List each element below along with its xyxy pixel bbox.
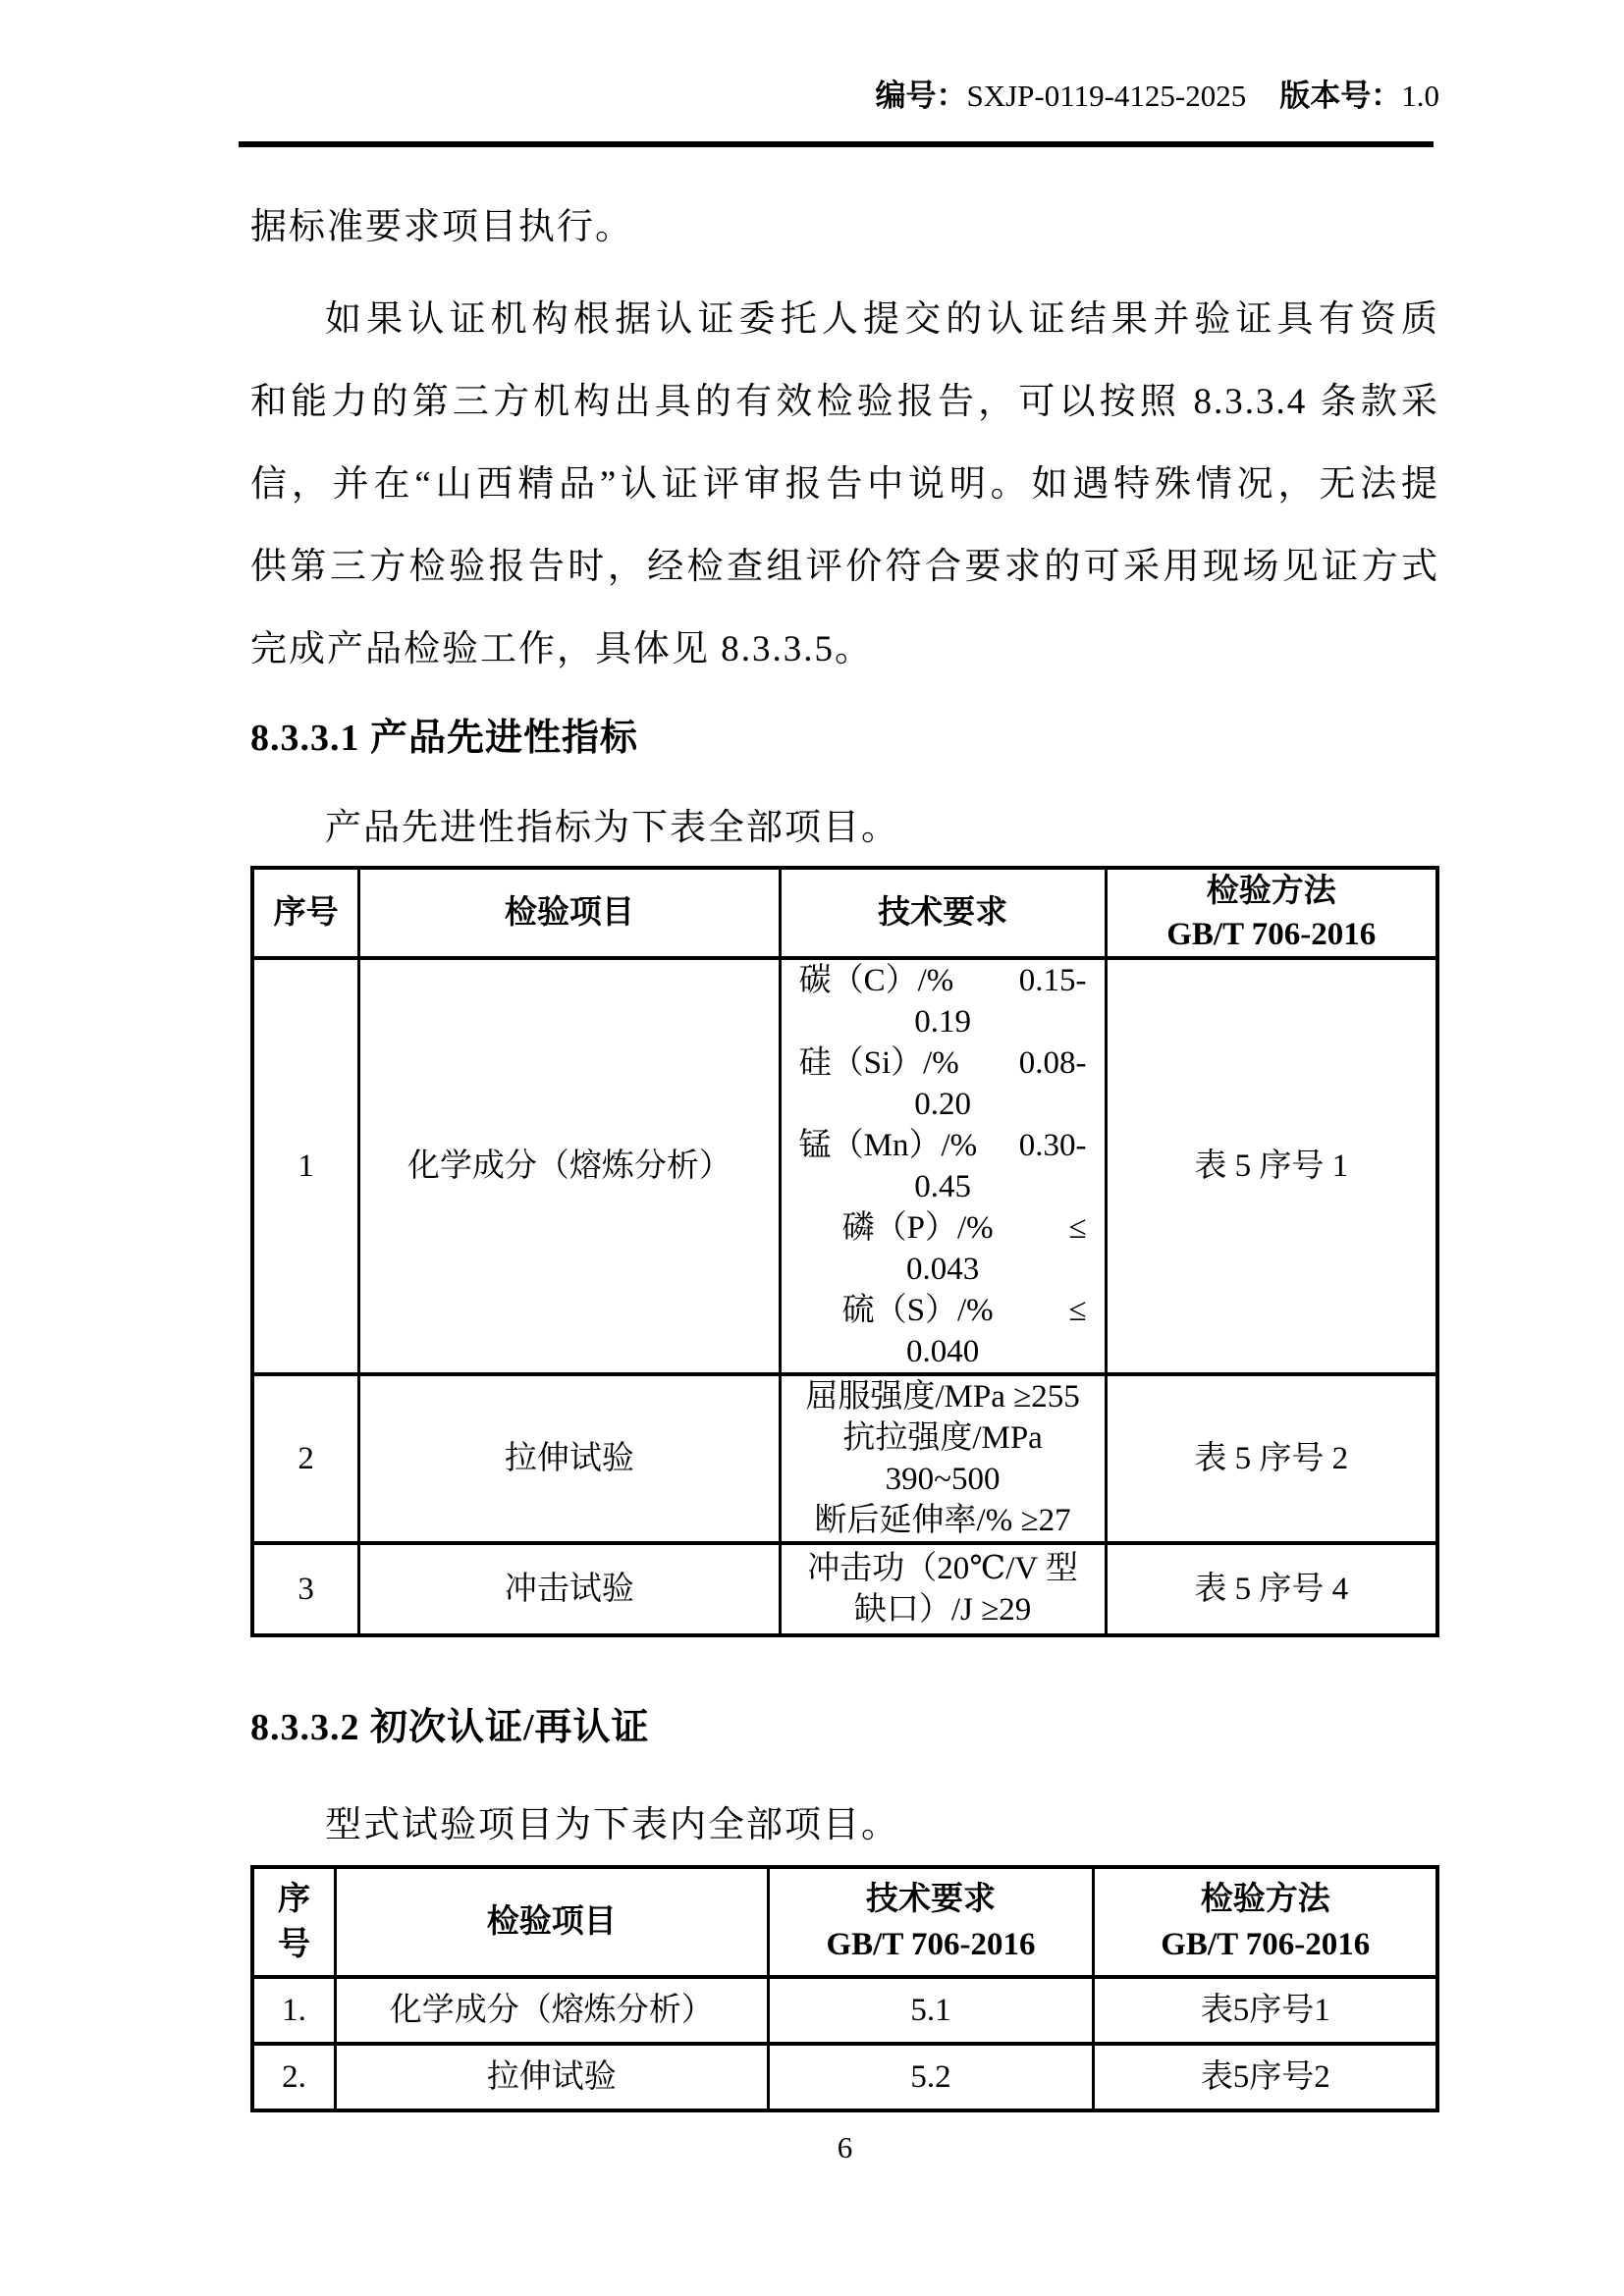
requirement-line: 0.45 — [791, 1166, 1095, 1207]
t2-header-requirement: 技术要求 GB/T 706-2016 — [768, 1867, 1094, 1977]
cell-item: 冲击试验 — [359, 1543, 780, 1635]
paragraph-line: 据标准要求项目执行。 — [250, 187, 1439, 269]
column-header-line: 检验方法 — [1095, 1877, 1435, 1922]
cell-method: 表 5 序号 4 — [1106, 1543, 1437, 1635]
paragraph-line: 信，并在“山西精品”认证评审报告中说明。如遇特殊情况，无法提 — [250, 444, 1439, 526]
column-header-line: 号 — [254, 1922, 334, 1967]
requirement-line: 0.19 — [791, 1001, 1095, 1042]
t2-header-no: 序 号 — [252, 1867, 335, 1977]
cell-no: 3 — [252, 1543, 359, 1635]
column-header-line: 检验方法 — [1108, 870, 1435, 913]
requirement-line: 抗拉强度/MPa — [791, 1417, 1095, 1459]
table-row: 1. 化学成分（熔炼分析） 5.1 表5序号1 — [252, 1977, 1437, 2044]
requirement-line: 390~500 — [791, 1459, 1095, 1500]
doc-version-value: 1.0 — [1401, 79, 1439, 113]
column-header-line: 技术要求 — [782, 891, 1105, 934]
cell-requirement: 冲击功（20℃/V 型 缺口）/J ≥29 — [780, 1543, 1106, 1635]
table-row: 3 冲击试验 冲击功（20℃/V 型 缺口）/J ≥29 表 5 序号 4 — [252, 1543, 1437, 1635]
t2-header-item: 检验项目 — [335, 1867, 768, 1977]
requirement-line: 磷（P）/%≤ — [791, 1207, 1095, 1249]
requirement-line: 缺口）/J ≥29 — [782, 1589, 1105, 1630]
section2-intro: 型式试验项目为下表内全部项目。 — [250, 1804, 1439, 1847]
table-row: 2 拉伸试验 屈服强度/MPa ≥255 抗拉强度/MPa 390~500 断后… — [252, 1374, 1437, 1543]
cell-requirement: 5.2 — [768, 2044, 1094, 2110]
header-rule — [239, 141, 1434, 147]
cell-no: 1. — [252, 1977, 335, 2044]
column-header-line: GB/T 706-2016 — [770, 1922, 1093, 1967]
column-header-line: GB/T 706-2016 — [1095, 1922, 1435, 1967]
cell-item: 拉伸试验 — [359, 1374, 780, 1543]
t1-header-item: 检验项目 — [359, 868, 780, 958]
cell-requirement: 碳（C）/%0.15- 0.19 硅（Si）/%0.08- 0.20 锰（Mn）… — [780, 958, 1106, 1374]
doc-number-label: 编号： — [875, 79, 966, 113]
column-header-line: 检验项目 — [360, 891, 778, 934]
cell-method: 表5序号1 — [1094, 1977, 1437, 2044]
section1-intro: 产品先进性指标为下表全部项目。 — [250, 807, 1439, 850]
paragraph-line: 完成产品检验工作，具体见 8.3.3.5。 — [250, 609, 1439, 691]
requirement-line: 0.043 — [791, 1249, 1095, 1290]
t1-header-requirement: 技术要求 — [780, 868, 1106, 958]
paragraph-continuation: 据标准要求项目执行。 — [250, 187, 1439, 269]
doc-version-label: 版本号： — [1279, 79, 1401, 113]
t1-header-method: 检验方法 GB/T 706-2016 — [1106, 868, 1437, 958]
doc-number-value: SXJP-0119-4125-2025 — [966, 79, 1246, 113]
document-header: 编号：SXJP-0119-4125-2025版本号：1.0 — [250, 77, 1439, 116]
table-row: 1 化学成分（熔炼分析） 碳（C）/%0.15- 0.19 硅（Si）/%0.0… — [252, 958, 1437, 1374]
cell-method: 表5序号2 — [1094, 2044, 1437, 2110]
cell-no: 2. — [252, 2044, 335, 2110]
column-header-line: 序号 — [254, 891, 357, 934]
t1-header-no: 序号 — [252, 868, 359, 958]
section-heading-8332: 8.3.3.2 初次认证/再认证 — [250, 1698, 1439, 1757]
section-heading-8331: 8.3.3.1 产品先进性指标 — [250, 709, 1439, 768]
requirement-line: 断后延伸率/% ≥27 — [791, 1500, 1095, 1541]
type-test-table: 序 号 检验项目 技术要求 GB/T 706-2016 检验方法 GB/T 70… — [250, 1865, 1439, 2112]
cell-no: 1 — [252, 958, 359, 1374]
page-number: 6 — [250, 2128, 1439, 2167]
cell-method: 表 5 序号 2 — [1106, 1374, 1437, 1543]
paragraph-line: 如果认证机构根据认证委托人提交的认证结果并验证具有资质 — [250, 279, 1439, 361]
cell-item: 化学成分（熔炼分析） — [359, 958, 780, 1374]
cell-item: 拉伸试验 — [335, 2044, 768, 2110]
t2-header-method: 检验方法 GB/T 706-2016 — [1094, 1867, 1437, 1977]
column-header-line: 序 — [254, 1877, 334, 1922]
advancement-indicators-table: 序号 检验项目 技术要求 检验方法 GB/T 706-2016 1 化学成分（熔… — [250, 866, 1439, 1637]
document-page: 编号：SXJP-0119-4125-2025版本号：1.0 据标准要求项目执行。… — [0, 0, 1624, 2296]
paragraph-line: 和能力的第三方机构出具的有效检验报告，可以按照 8.3.3.4 条款采 — [250, 361, 1439, 444]
cell-item: 化学成分（熔炼分析） — [335, 1977, 768, 2044]
paragraph-line: 供第三方检验报告时，经检查组评价符合要求的可采用现场见证方式 — [250, 526, 1439, 609]
cell-no: 2 — [252, 1374, 359, 1543]
requirement-line: 屈服强度/MPa ≥255 — [791, 1376, 1095, 1417]
requirement-line: 0.040 — [791, 1331, 1095, 1372]
requirement-line: 0.20 — [791, 1084, 1095, 1125]
table-header-row: 序 号 检验项目 技术要求 GB/T 706-2016 检验方法 GB/T 70… — [252, 1867, 1437, 1977]
cell-method: 表 5 序号 1 — [1106, 958, 1437, 1374]
requirement-line: 硫（S）/%≤ — [791, 1290, 1095, 1331]
cell-requirement: 5.1 — [768, 1977, 1094, 2044]
table-header-row: 序号 检验项目 技术要求 检验方法 GB/T 706-2016 — [252, 868, 1437, 958]
requirement-line: 冲击功（20℃/V 型 — [782, 1548, 1105, 1589]
requirement-line: 硅（Si）/%0.08- — [791, 1042, 1095, 1084]
requirement-line: 碳（C）/%0.15- — [791, 960, 1095, 1001]
column-header-line: 检验项目 — [337, 1899, 767, 1945]
paragraph-main: 如果认证机构根据认证委托人提交的认证结果并验证具有资质 和能力的第三方机构出具的… — [250, 279, 1439, 691]
cell-requirement: 屈服强度/MPa ≥255 抗拉强度/MPa 390~500 断后延伸率/% ≥… — [780, 1374, 1106, 1543]
column-header-line: 技术要求 — [770, 1877, 1093, 1922]
table-row: 2. 拉伸试验 5.2 表5序号2 — [252, 2044, 1437, 2110]
column-header-line: GB/T 706-2016 — [1108, 913, 1435, 956]
requirement-line: 锰（Mn）/%0.30- — [791, 1125, 1095, 1166]
